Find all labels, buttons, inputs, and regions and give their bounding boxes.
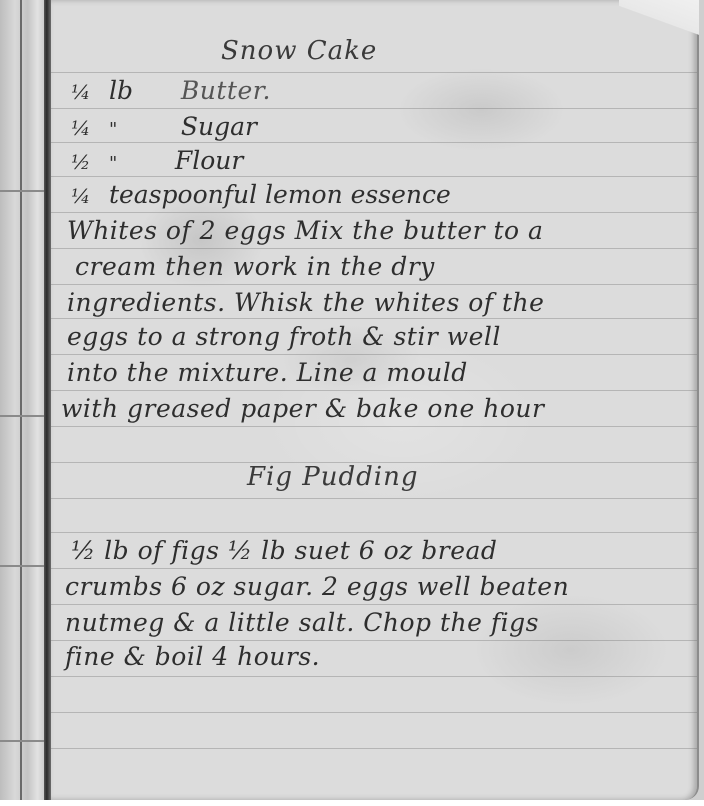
ingredient-qty: ¼ [71, 184, 101, 208]
ruled-line [51, 108, 697, 109]
scan-bottom-edge [0, 800, 704, 806]
method-line: eggs to a strong froth & stir well [67, 322, 501, 351]
ruled-line [51, 212, 697, 213]
recipe-title-snow-cake: Snow Cake [221, 36, 377, 66]
ruled-line [51, 498, 697, 499]
ruled-line [51, 426, 697, 427]
method-line: ingredients. Whisk the whites of the [67, 288, 544, 317]
notebook-page: Snow Cake ¼ lb Butter. ¼ " Sugar ½ " Flo… [51, 0, 699, 800]
ruled-line [51, 248, 697, 249]
ingredient-line: ¼ lb Butter. [71, 76, 271, 105]
ingredient-qty: ¼ [71, 80, 101, 104]
ingredient-line: ¼ teaspoonful lemon essence [71, 180, 451, 209]
method-line: fine & boil 4 hours. [65, 642, 320, 671]
ingredient-qty: ½ [71, 150, 101, 174]
method-line: into the mixture. Line a mould [67, 358, 468, 387]
ruled-line [51, 532, 697, 533]
ingredient-item: Flour [175, 146, 243, 175]
ingredient-line: ¼ " Sugar [71, 112, 257, 141]
ruled-line [51, 568, 697, 569]
method-line: ½ lb of figs ½ lb suet 6 oz bread [71, 536, 497, 565]
ruled-line [51, 676, 697, 677]
ditto-mark: " [109, 153, 149, 174]
binding-fold [0, 415, 50, 417]
scanned-page: Snow Cake ¼ lb Butter. ¼ " Sugar ½ " Flo… [0, 0, 704, 806]
method-line: cream then work in the dry [75, 252, 435, 281]
ruled-line [51, 640, 697, 641]
binding-fold [0, 565, 50, 567]
ingredient-line: ½ " Flour [71, 146, 243, 175]
ruled-line [51, 72, 697, 73]
ruled-line [51, 284, 697, 285]
ruled-line [51, 354, 697, 355]
method-line: crumbs 6 oz sugar. 2 eggs well beaten [65, 572, 569, 601]
recipe-title-fig-pudding: Fig Pudding [247, 462, 419, 492]
page-gutter-shadow [44, 0, 51, 806]
ingredient-item: Sugar [181, 112, 257, 141]
folded-corner [619, 0, 699, 40]
ingredient-item: Butter. [181, 76, 271, 105]
ruled-line [51, 748, 697, 749]
binding-fold [0, 740, 50, 742]
ingredient-item: teaspoonful lemon essence [109, 180, 451, 209]
ingredient-unit: lb [109, 76, 173, 105]
ruled-line [51, 176, 697, 177]
binding-fold [0, 190, 50, 192]
method-line: nutmeg & a little salt. Chop the figs [65, 608, 539, 637]
ruled-line [51, 390, 697, 391]
ruled-line [51, 604, 697, 605]
ruled-line [51, 142, 697, 143]
method-line: with greased paper & bake one hour [61, 394, 544, 423]
ruled-line [51, 712, 697, 713]
torn-binding-strip [0, 0, 50, 806]
method-line: Whites of 2 eggs Mix the butter to a [67, 216, 543, 245]
binding-crease [20, 0, 22, 806]
ingredient-qty: ¼ [71, 116, 101, 140]
ditto-mark: " [109, 119, 149, 140]
ruled-line [51, 318, 697, 319]
